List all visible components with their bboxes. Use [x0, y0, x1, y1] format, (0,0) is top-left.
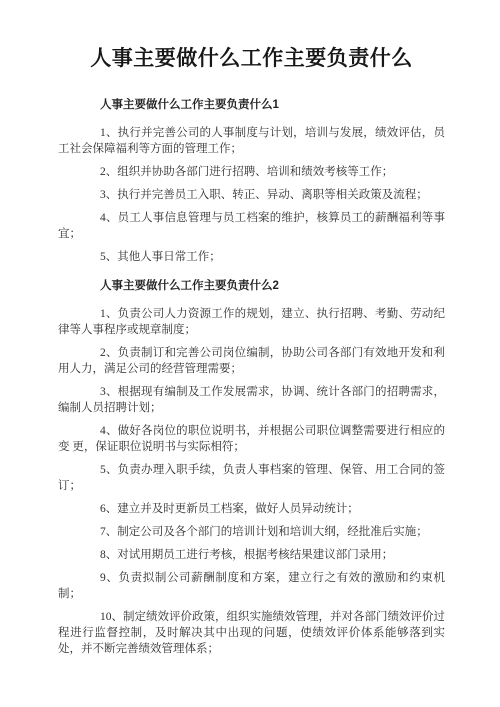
document-section: 人事主要做什么工作主要负责什么11、执行并完善公司的人事制度与计划，培训与发展，… [58, 98, 445, 265]
document-title: 人事主要做什么工作主要负责什么 [58, 44, 445, 72]
numbered-paragraph: 2、组织并协助各部门进行招聘、培训和绩效考核等工作； [58, 164, 445, 180]
numbered-paragraph: 5、其他人事日常工作； [58, 249, 445, 265]
numbered-paragraph: 1、负责公司人力资源工作的规划，建立、执行招聘、考勤、劳动纪律等人事程序或规章制… [58, 306, 445, 338]
document-body: 人事主要做什么工作主要负责什么11、执行并完善公司的人事制度与计划，培训与发展，… [58, 98, 445, 657]
numbered-paragraph: 8、对试用期员工进行考核，根据考核结果建议部门录用； [58, 547, 445, 563]
numbered-paragraph: 7、制定公司及各个部门的培训计划和培训大纲，经批准后实施； [58, 524, 445, 540]
document-page: 人事主要做什么工作主要负责什么 人事主要做什么工作主要负责什么11、执行并完善公… [0, 0, 500, 707]
numbered-paragraph: 4、做好各岗位的职位说明书，并根据公司职位调整需要进行相应的变 更，保证职位说明… [58, 423, 445, 455]
numbered-paragraph: 4、员工人事信息管理与员工档案的维护，核算员工的薪酬福利等事宜； [58, 210, 445, 242]
numbered-paragraph: 6、建立并及时更新员工档案，做好人员异动统计； [58, 501, 445, 517]
numbered-paragraph: 2、负责制订和完善公司岗位编制，协助公司各部门有效地开发和利用人力，满足公司的经… [58, 345, 445, 377]
numbered-paragraph: 10、制定绩效评价政策，组织实施绩效管理，并对各部门绩效评价过程进行监督控制，及… [58, 609, 445, 657]
section-heading: 人事主要做什么工作主要负责什么2 [100, 279, 445, 294]
numbered-paragraph: 3、执行并完善员工入职、转正、异动、离职等相关政策及流程； [58, 187, 445, 203]
numbered-paragraph: 9、负责拟制公司薪酬制度和方案，建立行之有效的激励和约束机制； [58, 570, 445, 602]
numbered-paragraph: 3、根据现有编制及工作发展需求，协调、统计各部门的招聘需求，编制人员招聘计划； [58, 384, 445, 416]
numbered-paragraph: 1、执行并完善公司的人事制度与计划，培训与发展，绩效评估，员工社会保障福利等方面… [58, 125, 445, 157]
numbered-paragraph: 5、负责办理入职手续，负责人事档案的管理、保管、用工合同的签订； [58, 462, 445, 494]
document-section: 人事主要做什么工作主要负责什么21、负责公司人力资源工作的规划，建立、执行招聘、… [58, 279, 445, 657]
section-heading: 人事主要做什么工作主要负责什么1 [100, 98, 445, 113]
